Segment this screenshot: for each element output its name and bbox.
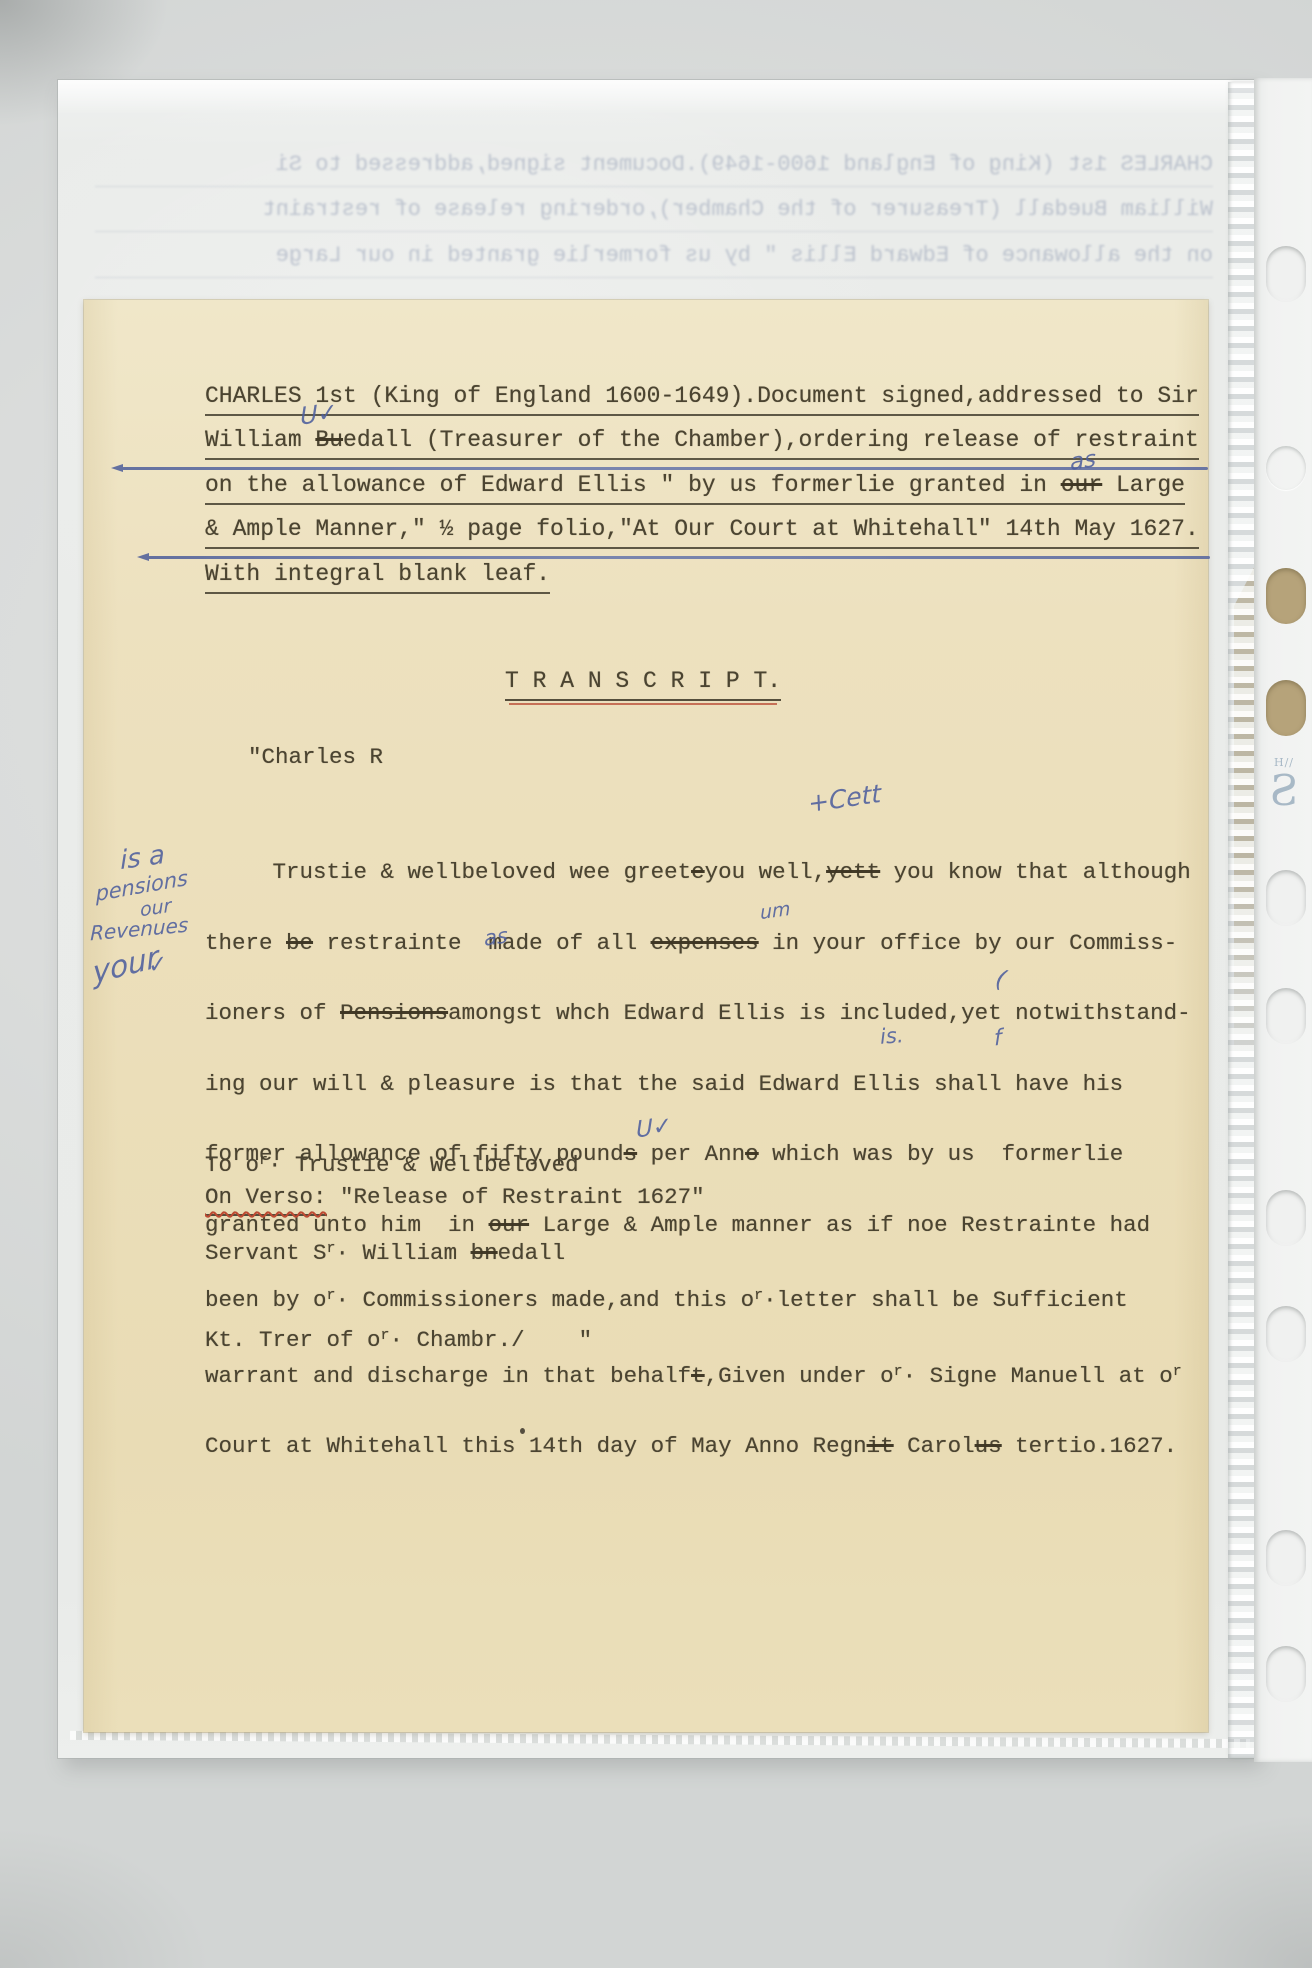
header-line: on the allowance of Edward Ellis " by us… (205, 474, 1185, 505)
address-block: To or· Trustie & Wellbeloved Servant Sr·… (205, 1092, 592, 1410)
ink-speck (520, 1428, 525, 1434)
address-line: Kt. Trer of or· Chambr./ " (205, 1322, 592, 1355)
ghost-text-line: on the allowance of Edward Ellis " by us… (95, 243, 1213, 278)
handwritten-f-correction: f (994, 1025, 1003, 1051)
verso-note: On Verso: "Release of Restraint 1627" (205, 1186, 705, 1209)
sleeve-brand-logo: H// S (1262, 756, 1306, 813)
handwritten-um-correction: um (760, 898, 791, 924)
margin-checkmark: ✓ (148, 951, 168, 980)
sleeve-weld-seam (70, 1731, 1250, 1748)
body-line: ioners of Pensionsamongst whch Edward El… (205, 1002, 1191, 1026)
punch-hole (1266, 680, 1306, 736)
header-line: With integral blank leaf. (205, 563, 550, 594)
embossed-circle (1266, 446, 1306, 490)
pen-underline (122, 467, 1208, 470)
punch-hole (1266, 1306, 1306, 1362)
punch-hole (1266, 1190, 1306, 1246)
body-line: Trustie & wellbeloved wee greeteyou well… (205, 861, 1191, 885)
handwritten-cett-correction: +Cett (808, 779, 882, 818)
punch-hole (1266, 1646, 1306, 1702)
ghost-text-line: CHARLES 1st (King of England 1600-1649).… (95, 152, 1213, 187)
header-line: & Ample Manner," ½ page folio,"At Our Co… (205, 518, 1199, 549)
handwritten-as-correction: as (1070, 446, 1097, 476)
document-page: CHARLES 1st (King of England 1600-1649).… (84, 300, 1208, 1732)
handwritten-uv-mark: U✓ (300, 397, 338, 430)
punch-hole (1266, 568, 1306, 624)
margin-note-revenues: Revenues (90, 913, 188, 946)
body-line: there be restrainte made of all expenses… (205, 932, 1191, 956)
transcript-heading: T R A N S C R I P T. (505, 670, 781, 701)
punch-hole (1266, 870, 1306, 926)
address-line: Servant Sr· William bnedall (205, 1235, 592, 1268)
address-line: To or· Trustie & Wellbeloved (205, 1147, 592, 1180)
logo-s-glyph: S (1262, 769, 1306, 813)
photograph-of-document: CHARLES 1st (King of England 1600-1649).… (0, 0, 1312, 1968)
punch-hole (1266, 246, 1306, 302)
pen-underline (148, 556, 1210, 559)
sleeve-crinkle-seam (1228, 82, 1256, 1758)
handwritten-is-correction: is. (879, 1023, 904, 1049)
ghost-text-line: William Buedall (Treasurer of the Chambe… (95, 197, 1213, 232)
body-line: Court at Whitehall this 14th day of May … (205, 1435, 1191, 1459)
header-line: CHARLES 1st (King of England 1600-1649).… (205, 385, 1199, 416)
salutation: "Charles R (248, 746, 383, 769)
header-line: William Buedall (Treasurer of the Chambe… (205, 429, 1199, 460)
filing-strip: H// S (1254, 78, 1312, 1762)
punch-hole (1266, 1530, 1306, 1586)
punch-hole (1266, 988, 1306, 1044)
handwritten-as-correction: as (484, 923, 508, 950)
handwritten-uv-mark: U✓ (636, 1112, 673, 1143)
